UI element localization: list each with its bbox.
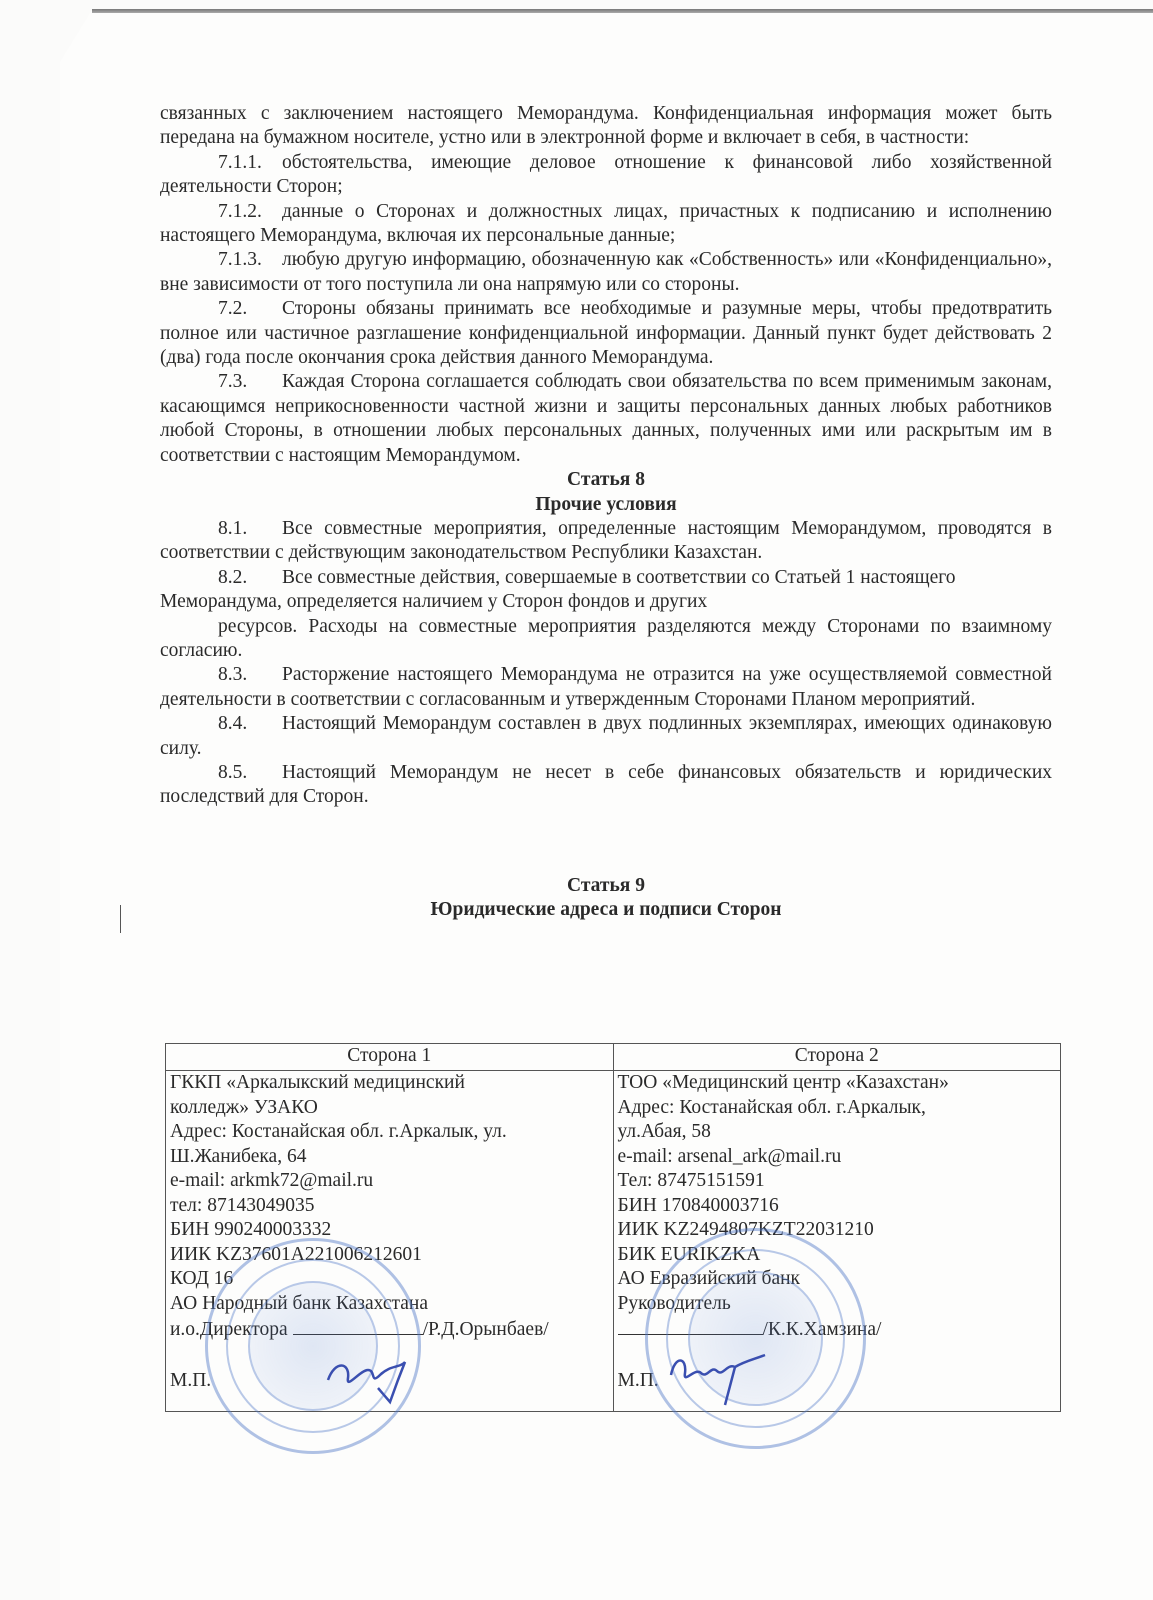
clause-number: 8.4.: [218, 712, 282, 736]
clause-7-1-1: 7.1.1.обстоятельства, имеющие деловое от…: [160, 151, 1052, 200]
party-2-signer-name: /К.К.Хамзина/: [763, 1319, 882, 1340]
party-2-details: ТОО «Медицинский центр «Казахстан» Адрес…: [613, 1071, 1061, 1412]
party-2-signer-title: Руководитель: [618, 1292, 1057, 1317]
parties-table: Сторона 1 Сторона 2 ГККП «Аркалыкский ме…: [165, 1043, 1061, 1412]
clause-text: Настоящий Меморандум составлен в двух по…: [160, 713, 1052, 758]
party-1-org-line-2: колледж» УЗАКО: [170, 1096, 609, 1121]
clause-text: Стороны обязаны принимать все необходимы…: [160, 298, 1052, 368]
party-2-seal-label: М.П.: [618, 1369, 1057, 1394]
party-1-address-line-1: Адрес: Костанайская обл. г.Аркалык, ул.: [170, 1120, 609, 1145]
clause-text: любую другую информацию, обозначенную ка…: [160, 249, 1052, 294]
party-1-seal-label: М.П.: [170, 1369, 609, 1394]
party-1-signature-line: и.о.Директора /Р.Д.Орынбаев/: [170, 1316, 609, 1343]
clause-text: Настоящий Меморандум не несет в себе фин…: [160, 762, 1052, 807]
page-top-edge: [92, 9, 1153, 13]
party-1-address-line-2: Ш.Жанибека, 64: [170, 1145, 609, 1170]
clause-8-2-continuation: ресурсов. Расходы на совместные мероприя…: [160, 615, 1052, 664]
party-2-bin: БИН 170840003716: [618, 1194, 1057, 1219]
clause-text: обстоятельства, имеющие деловое отношени…: [160, 152, 1052, 197]
clause-text: Расторжение настоящего Меморандума не от…: [160, 664, 1052, 709]
party-1-org-line-1: ГККП «Аркалыкский медицинский: [170, 1071, 609, 1096]
article-8-subtitle: Прочие условия: [160, 493, 1052, 517]
party-2-email: e-mail: arsenal_ark@mail.ru: [618, 1145, 1057, 1170]
party-1-code: КОД 16: [170, 1267, 609, 1292]
clause-7-3: 7.3.Каждая Сторона соглашается соблюдать…: [160, 370, 1052, 468]
clause-text: ресурсов. Расходы на совместные мероприя…: [160, 616, 1052, 661]
clause-8-2: 8.2.Все совместные действия, совершаемые…: [160, 566, 1052, 615]
clause-text: данные о Сторонах и должностных лицах, п…: [160, 201, 1052, 246]
clause-number: 7.2.: [218, 297, 282, 321]
party-1-iik: ИИК KZ37601A221006212601: [170, 1243, 609, 1268]
article-9-subtitle: Юридические адреса и подписи Сторон: [160, 898, 1052, 922]
clause-7-1-2: 7.1.2.данные о Сторонах и должностных ли…: [160, 200, 1052, 249]
article-8-title: Статья 8: [160, 468, 1052, 492]
party-2-signature-line: /К.К.Хамзина/: [618, 1316, 1057, 1343]
clause-number: 8.3.: [218, 663, 282, 687]
clause-number: 8.5.: [218, 761, 282, 785]
document-body: связанных с заключением настоящего Мемор…: [160, 102, 1052, 923]
margin-mark: [120, 905, 121, 933]
party-2-address-line-2: ул.Абая, 58: [618, 1120, 1057, 1145]
party-1-signer-name: /Р.Д.Орынбаев/: [423, 1319, 549, 1340]
clause-text: Каждая Сторона соглашается соблюдать сво…: [160, 371, 1052, 465]
clause-7-2: 7.2.Стороны обязаны принимать все необхо…: [160, 297, 1052, 370]
party-1-email: e-mail: arkmk72@mail.ru: [170, 1169, 609, 1194]
clause-number: 7.3.: [218, 370, 282, 394]
clause-number: 7.1.1.: [218, 151, 282, 175]
spacer: [160, 810, 1052, 874]
clause-number: 8.2.: [218, 566, 282, 590]
party-2-bank: АО Евразийский банк: [618, 1267, 1057, 1292]
signature-field: [618, 1316, 763, 1335]
party-2-header: Сторона 2: [613, 1044, 1061, 1071]
party-1-details: ГККП «Аркалыкский медицинский колледж» У…: [166, 1071, 614, 1412]
clause-text: Все совместные мероприятия, определенные…: [160, 518, 1052, 563]
party-2-org: ТОО «Медицинский центр «Казахстан»: [618, 1071, 1057, 1096]
party-2-address-line-1: Адрес: Костанайская обл. г.Аркалык,: [618, 1096, 1057, 1121]
party-1-bin: БИН 990240003332: [170, 1218, 609, 1243]
party-2-iik: ИИК KZ2494807KZT22031210: [618, 1218, 1057, 1243]
article-9-title: Статья 9: [160, 874, 1052, 898]
clause-number: 7.1.3.: [218, 248, 282, 272]
clause-7-1-3: 7.1.3.любую другую информацию, обозначен…: [160, 248, 1052, 297]
intro-paragraph: связанных с заключением настоящего Мемор…: [160, 102, 1052, 151]
clause-8-5: 8.5.Настоящий Меморандум не несет в себе…: [160, 761, 1052, 810]
clause-8-3: 8.3.Расторжение настоящего Меморандума н…: [160, 663, 1052, 712]
party-1-signer-title: и.о.Директора: [170, 1319, 288, 1340]
signature-field: [293, 1316, 423, 1335]
party-1-bank: АО Народный банк Казахстана: [170, 1292, 609, 1317]
clause-number: 8.1.: [218, 517, 282, 541]
table-row: ГККП «Аркалыкский медицинский колледж» У…: [166, 1071, 1061, 1412]
clause-8-4: 8.4.Настоящий Меморандум составлен в дву…: [160, 712, 1052, 761]
clause-number: 7.1.2.: [218, 200, 282, 224]
party-2-bik: БИК EURIKZKA: [618, 1243, 1057, 1268]
party-2-phone: Тел: 87475151591: [618, 1169, 1057, 1194]
party-1-phone: тел: 87143049035: [170, 1194, 609, 1219]
table-header-row: Сторона 1 Сторона 2: [166, 1044, 1061, 1071]
party-1-header: Сторона 1: [166, 1044, 614, 1071]
clause-8-1: 8.1.Все совместные мероприятия, определе…: [160, 517, 1052, 566]
